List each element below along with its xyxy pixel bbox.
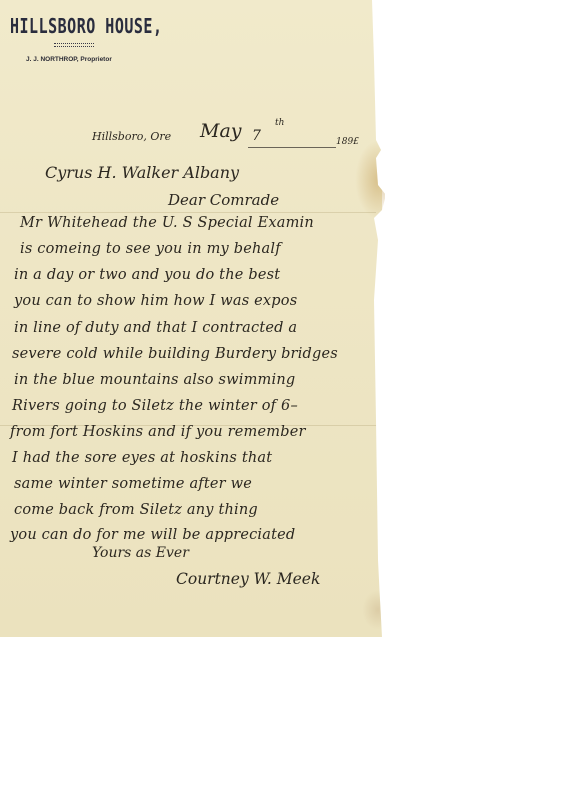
fold-crease: [0, 212, 376, 213]
dateline-day: 7: [252, 128, 261, 144]
body-line: severe cold while building Burdery bridg…: [12, 346, 338, 362]
body-line: in a day or two and you do the best: [14, 267, 280, 283]
signature: Courtney W. Meek: [176, 570, 320, 588]
body-line: in the blue mountains also swimming: [14, 372, 295, 388]
body-line: I had the sore eyes at hoskins that: [12, 450, 272, 466]
dateline-place: Hillsboro, Ore: [92, 130, 171, 143]
body-line: you can to show him how I was expos: [14, 293, 297, 309]
body-line: come back from Siletz any thing: [14, 502, 258, 518]
edge-stain: [355, 140, 385, 220]
body-line: you can do for me will be appreciated: [10, 527, 295, 543]
body-line: from fort Hoskins and if you remember: [10, 424, 306, 440]
letter-page: HILLSBORO HOUSE, J. J. NORTHROP, Proprie…: [0, 0, 382, 637]
recipient-line: Cyrus H. Walker Albany: [45, 163, 239, 182]
dateline-month: May: [200, 120, 242, 142]
body-line: Rivers going to Siletz the winter of 6–: [12, 398, 298, 414]
body-line: in line of duty and that I contracted a: [14, 320, 297, 336]
dateline-rule: [248, 147, 336, 148]
body-line: same winter sometime after we: [14, 476, 252, 492]
letterhead-title: HILLSBORO HOUSE,: [10, 14, 163, 38]
closing: Yours as Ever: [92, 545, 189, 561]
letterhead-proprietor: J. J. NORTHROP, Proprietor: [26, 56, 112, 63]
edge-stain: [362, 590, 382, 630]
dateline-year: 189£: [336, 137, 359, 147]
letterhead-ornamental-rule: [54, 43, 94, 47]
body-line: is comeing to see you in my behalf: [20, 241, 281, 257]
body-line: Mr Whitehead the U. S Special Examin: [20, 215, 314, 231]
dateline-ordinal: th: [275, 118, 284, 128]
salutation: Dear Comrade: [168, 191, 279, 209]
